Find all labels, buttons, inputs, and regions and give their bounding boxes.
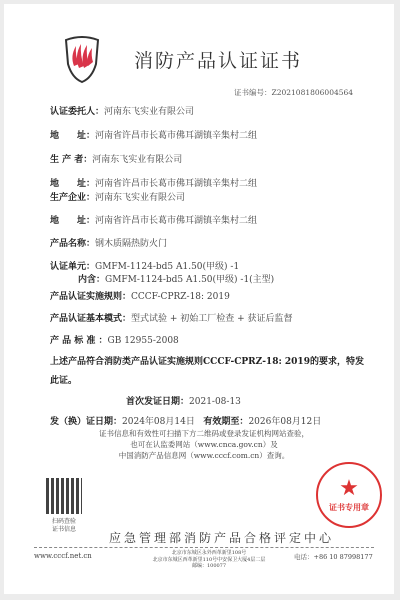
field-label: 产品认证基本模式： (50, 314, 131, 324)
certificate-number: 证书编号：Z2021081806004564 (234, 87, 353, 98)
date-value: 2024年08月14日 (122, 417, 195, 427)
certificate-title: 消防产品认证证书 (134, 46, 302, 73)
field-value: 河南东飞实业有限公司 (95, 193, 185, 203)
statement-line-2: 此证。 (50, 373, 77, 386)
field-factory: 生产企业：河南东飞实业有限公司 (50, 190, 185, 203)
field-value: 河南省许昌市长葛市佛耳湖镇辛集村二组 (95, 131, 257, 141)
issue-dates: 发（换）证日期：2024年08月14日 有效期至：2026年08月12日 (50, 414, 321, 427)
date-value: 2021-08-13 (189, 397, 241, 407)
field-label: 地 址： (50, 179, 95, 189)
fire-shield-logo-icon (62, 34, 102, 84)
field-cert-unit: 认证单元：GMFM-1124-bd5 A1.50(甲级) -1 (50, 259, 239, 272)
field-label: 认证委托人： (50, 107, 104, 117)
field-value: 钢木质隔热防火门 (95, 239, 167, 249)
notice-line: 也可在认监委网站（www.cnca.gov.cn）及 (4, 439, 400, 450)
official-seal: ★ 证书专用章 (316, 462, 382, 528)
notice-line: 中国消防产品信息网（www.cccf.com.cn）查询。 (4, 450, 400, 461)
field-label: 内含： (78, 275, 105, 285)
field-value: 河南省许昌市长葛市佛耳湖镇辛集村二组 (95, 216, 257, 226)
field-value: GMFM-1124-bd5 A1.50(甲级) -1(主型) (105, 275, 274, 285)
qr-caption-line: 扫码查验 (44, 518, 84, 526)
field-value: 型式试验 + 初始工厂检查 + 获证后监督 (131, 314, 293, 324)
field-label: 地 址： (50, 131, 95, 141)
field-rules: 产品认证实施规则：CCCF-CPRZ-18: 2019 (50, 289, 230, 302)
issuer-name: 应急管理部消防产品合格评定中心 (109, 529, 334, 546)
footer-address: 北京市东城区永外西革新里108号 北京市东城区西革新里110号中安保卫大厦4层二… (134, 550, 284, 570)
postcode: 邮编：100077 (134, 563, 284, 570)
field-value: 河南省许昌市长葛市佛耳湖镇辛集村二组 (95, 179, 257, 189)
certificate-page: 消防产品认证证书 证书编号：Z2021081806004564 认证委托人：河南… (4, 4, 394, 594)
field-factory-address: 地 址：河南省许昌市长葛市佛耳湖镇辛集村二组 (50, 213, 257, 226)
statement-line-1: 上述产品符合消防类产品认证实施规则CCCF-CPRZ-18: 2019的要求，特… (50, 354, 364, 367)
field-value: GMFM-1124-bd5 A1.50(甲级) -1 (95, 262, 239, 272)
field-standard: 产 品 标 准 ：GB 12955-2008 (50, 333, 179, 346)
field-manufacturer: 生 产 者：河南东飞实业有限公司 (50, 152, 182, 165)
footer-divider (34, 547, 374, 548)
verification-notice: 证书信息和有效性可扫描下方二维码或登录发证机构网站查验， 也可在认监委网站（ww… (4, 428, 400, 461)
qr-code[interactable] (46, 478, 82, 514)
footer-website[interactable]: www.cccf.net.cn (34, 552, 92, 560)
field-mode: 产品认证基本模式：型式试验 + 初始工厂检查 + 获证后监督 (50, 311, 293, 324)
field-applicant: 认证委托人：河南东飞实业有限公司 (50, 104, 194, 117)
valid-value: 2026年08月12日 (248, 417, 321, 427)
field-product-name: 产品名称：钢木质隔热防火门 (50, 236, 167, 249)
cert-no-value: Z2021081806004564 (272, 88, 354, 97)
field-value: CCCF-CPRZ-18: 2019 (131, 292, 230, 302)
valid-label: 有效期至： (203, 417, 248, 427)
field-label: 产品认证实施规则： (50, 292, 131, 302)
field-label: 生 产 者： (50, 155, 92, 165)
notice-line: 证书信息和有效性可扫描下方二维码或登录发证机构网站查验， (4, 428, 400, 439)
footer-phone: 电话：+86 10 87998177 (294, 552, 373, 561)
field-manufacturer-address: 地 址：河南省许昌市长葛市佛耳湖镇辛集村二组 (50, 176, 257, 189)
qr-caption-line: 证书信息 (44, 526, 84, 534)
first-issue-date: 首次发证日期：2021-08-13 (126, 394, 241, 407)
seal-text: 证书专用章 (318, 502, 380, 513)
field-label: 产 品 标 准 ： (50, 336, 108, 346)
field-value: GB 12955-2008 (108, 336, 179, 346)
field-value: 河南东飞实业有限公司 (92, 155, 182, 165)
star-icon: ★ (318, 476, 380, 501)
field-label: 认证单元： (50, 262, 95, 272)
field-label: 产品名称： (50, 239, 95, 249)
date-label: 首次发证日期： (126, 397, 189, 407)
qr-caption: 扫码查验 证书信息 (44, 518, 84, 534)
field-label: 生产企业： (50, 193, 95, 203)
field-label: 地 址： (50, 216, 95, 226)
field-value: 河南东飞实业有限公司 (104, 107, 194, 117)
cert-no-label: 证书编号： (234, 88, 272, 97)
field-includes: 内含：GMFM-1124-bd5 A1.50(甲级) -1(主型) (78, 272, 274, 285)
date-label: 发（换）证日期： (50, 417, 122, 427)
field-applicant-address: 地 址：河南省许昌市长葛市佛耳湖镇辛集村二组 (50, 128, 257, 141)
